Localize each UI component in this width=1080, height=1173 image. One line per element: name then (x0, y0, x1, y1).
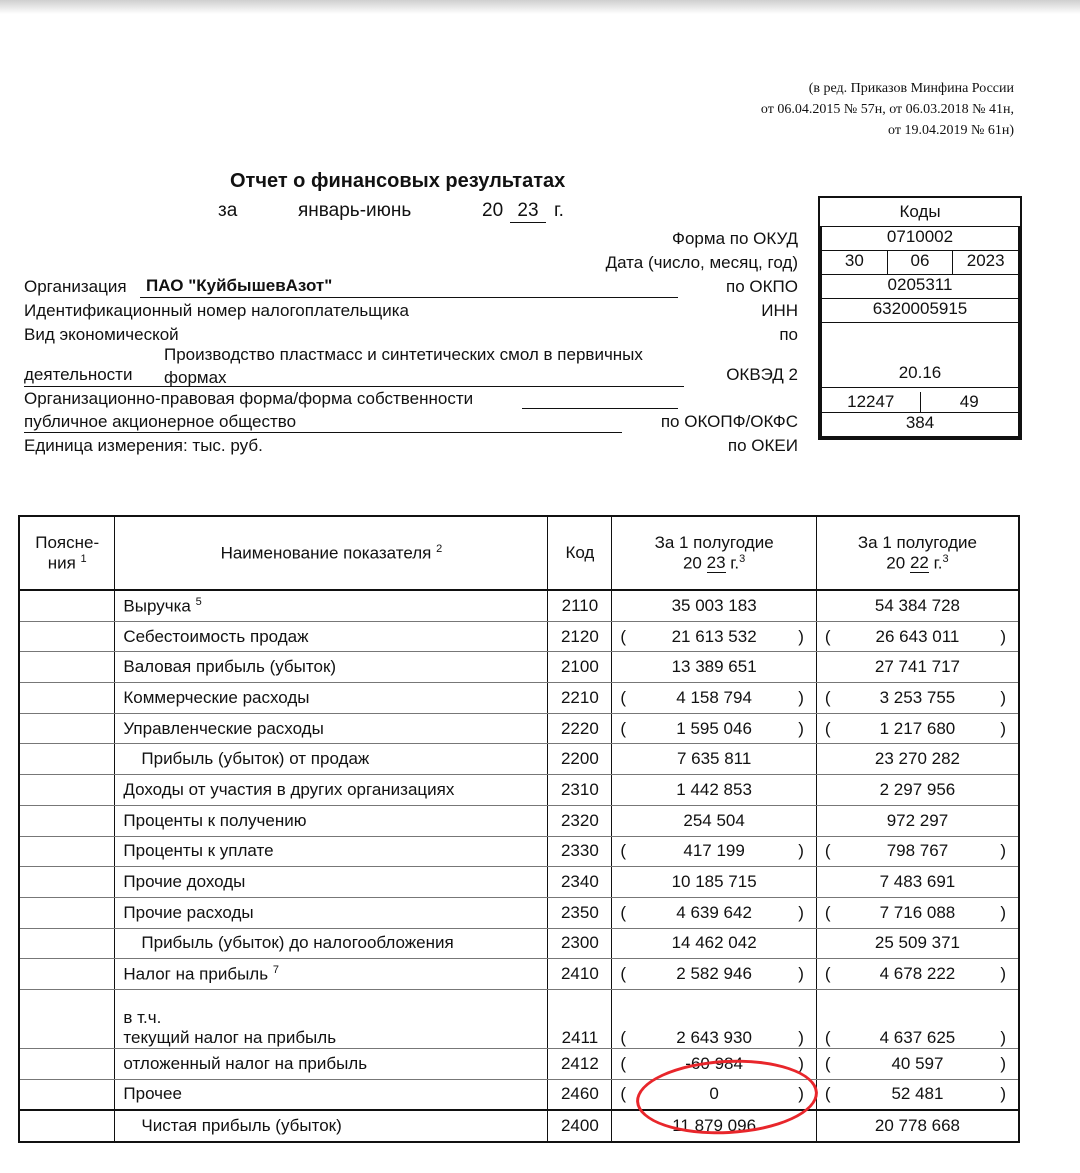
row-notes (19, 713, 115, 744)
inn-label: Идентификационный номер налогоплательщик… (24, 301, 409, 321)
period-prefix: за (218, 200, 237, 222)
table-row: Прибыль (убыток) от продаж22007 635 8112… (19, 744, 1019, 775)
row-code: 2330 (548, 836, 612, 867)
row-notes (19, 805, 115, 836)
row-notes (19, 928, 115, 959)
table-row: Прибыль (убыток) до налогообложения23001… (19, 928, 1019, 959)
date-year: 2023 (952, 251, 1018, 274)
row-code: 2210 (548, 683, 612, 714)
row-name: Выручка 5 (115, 590, 548, 621)
col-name: Наименование показателя 2 (115, 516, 548, 590)
row-current-value: 7 635 811 (612, 744, 817, 775)
row-code: 2410 (548, 959, 612, 990)
okopf-code: 12247 (822, 392, 920, 412)
financial-results-table: Поясне-ния 1 Наименование показателя 2 К… (18, 515, 1020, 1143)
row-prefix: в т.ч. (123, 1008, 547, 1028)
table-row: Прочие доходы234010 185 7157 483 691 (19, 867, 1019, 898)
table-row: Валовая прибыль (убыток)210013 389 65127… (19, 652, 1019, 683)
row-current-value: 14 462 042 (612, 928, 817, 959)
row-name: отложенный налог на прибыль (115, 1048, 548, 1079)
row-previous-value: 27 741 717 (816, 652, 1019, 683)
row-name: Чистая прибыль (убыток) (115, 1110, 548, 1142)
okpo-label: по ОКПО (726, 277, 798, 297)
row-notes (19, 959, 115, 990)
activity-value-2: формах (164, 368, 227, 388)
legal-underline-short (522, 408, 678, 409)
table-row: Чистая прибыль (убыток)240011 879 09620 … (19, 1110, 1019, 1142)
col-notes: Поясне-ния 1 (19, 516, 115, 590)
row-name: Доходы от участия в других организациях (115, 775, 548, 806)
inn-code-label: ИНН (761, 301, 798, 321)
row-current-value: 10 185 715 (612, 867, 817, 898)
col-current: За 1 полугодие20 23 г.3 (612, 516, 817, 590)
row-name: Прибыль (убыток) до налогообложения (115, 928, 548, 959)
table-row: в т.ч.текущий налог на прибыль2411()2 64… (19, 989, 1019, 1048)
row-current-value: 35 003 183 (612, 590, 817, 621)
unit-label: Единица измерения: тыс. руб. (24, 436, 263, 456)
row-notes (19, 897, 115, 928)
legal-underline (24, 432, 622, 433)
amendment-line: от 19.04.2019 № 61н) (761, 120, 1014, 141)
page-edge-shadow (0, 0, 1080, 14)
legal-form-label: Организационно-правовая форма/форма собс… (24, 389, 473, 409)
date-day: 30 (822, 251, 887, 274)
codes-header: Коды (820, 198, 1020, 227)
okpo-code: 0205311 (822, 275, 1018, 298)
row-notes (19, 683, 115, 714)
row-current-value: ()2 643 930 (612, 989, 817, 1048)
table-header-row: Поясне-ния 1 Наименование показателя 2 К… (19, 516, 1019, 590)
amendment-note: (в ред. Приказов Минфина России от 06.04… (761, 78, 1014, 141)
row-code: 2310 (548, 775, 612, 806)
row-previous-value: ()3 253 755 (816, 683, 1019, 714)
row-previous-value: 7 483 691 (816, 867, 1019, 898)
okud-code: 0710002 (822, 227, 1018, 250)
table-row: Прочее2460()0()52 481 (19, 1079, 1019, 1110)
row-code: 2300 (548, 928, 612, 959)
okved-label-2: ОКВЭД 2 (726, 365, 798, 385)
okei-label: по ОКЕИ (728, 436, 798, 456)
row-name: Коммерческие расходы (115, 683, 548, 714)
row-notes (19, 744, 115, 775)
row-code: 2320 (548, 805, 612, 836)
row-code: 2200 (548, 744, 612, 775)
row-current-value: ()1 595 046 (612, 713, 817, 744)
row-previous-value: ()1 217 680 (816, 713, 1019, 744)
row-current-value: 1 442 853 (612, 775, 817, 806)
row-notes (19, 836, 115, 867)
row-notes (19, 989, 115, 1048)
org-name: ПАО "КуйбышевАзот" (146, 276, 332, 296)
okopf-label: по ОКОПФ/ОКФС (661, 412, 798, 432)
table-row: отложенный налог на прибыль2412()-60 984… (19, 1048, 1019, 1079)
activity-underline (24, 386, 684, 387)
amendment-line: (в ред. Приказов Минфина России (761, 78, 1014, 99)
org-underline (140, 297, 678, 298)
row-name: Прочие доходы (115, 867, 548, 898)
date-label: Дата (число, месяц, год) (606, 253, 798, 273)
row-notes (19, 652, 115, 683)
row-notes (19, 621, 115, 652)
row-previous-value: ()4 637 625 (816, 989, 1019, 1048)
row-previous-value: ()52 481 (816, 1079, 1019, 1110)
activity-label-1: Вид экономической (24, 325, 179, 345)
activity-label-2: деятельности (24, 365, 132, 385)
row-notes (19, 1110, 115, 1142)
okud-label: Форма по ОКУД (672, 229, 798, 249)
period-year-unit: г. (554, 200, 564, 222)
row-notes (19, 590, 115, 621)
row-current-value: ()417 199 (612, 836, 817, 867)
row-previous-value: ()4 678 222 (816, 959, 1019, 990)
table-row: Налог на прибыль 72410()2 582 946()4 678… (19, 959, 1019, 990)
row-previous-value: 23 270 282 (816, 744, 1019, 775)
row-current-value: 254 504 (612, 805, 817, 836)
table-row: Проценты к получению2320254 504972 297 (19, 805, 1019, 836)
row-code: 2100 (548, 652, 612, 683)
row-previous-value: 972 297 (816, 805, 1019, 836)
legal-form-value: публичное акционерное общество (24, 412, 296, 432)
row-previous-value: 2 297 956 (816, 775, 1019, 806)
row-code: 2340 (548, 867, 612, 898)
okved-code: 20.16 (822, 363, 1018, 387)
row-previous-value: 54 384 728 (816, 590, 1019, 621)
codes-box: Коды 0710002 30 06 2023 0205311 63200059… (818, 196, 1022, 440)
row-previous-value: 20 778 668 (816, 1110, 1019, 1142)
row-name: в т.ч.текущий налог на прибыль (115, 989, 548, 1048)
row-previous-value: ()40 597 (816, 1048, 1019, 1079)
row-notes (19, 775, 115, 806)
inn-code: 6320005915 (822, 299, 1018, 322)
row-code: 2350 (548, 897, 612, 928)
row-previous-value: 25 509 371 (816, 928, 1019, 959)
table-row: Управленческие расходы2220()1 595 046()1… (19, 713, 1019, 744)
period-months: январь-июнь (298, 200, 411, 222)
activity-value-1: Производство пластмасс и синтетических с… (164, 345, 643, 365)
table-row: Прочие расходы2350()4 639 642()7 716 088 (19, 897, 1019, 928)
row-name: Прочее (115, 1079, 548, 1110)
date-month: 06 (887, 251, 953, 274)
row-code: 2120 (548, 621, 612, 652)
row-code: 2220 (548, 713, 612, 744)
period-year: 23 (510, 200, 546, 223)
row-name: Валовая прибыль (убыток) (115, 652, 548, 683)
org-label: Организация (24, 277, 127, 297)
row-notes (19, 1048, 115, 1079)
table-row: Выручка 5211035 003 18354 384 728 (19, 590, 1019, 621)
row-current-value: ()4 158 794 (612, 683, 817, 714)
row-code: 2460 (548, 1079, 612, 1110)
period-year-prefix: 20 (482, 200, 503, 222)
row-name: Себестоимость продаж (115, 621, 548, 652)
okved-label-1: по (779, 325, 798, 345)
row-name: Проценты к получению (115, 805, 548, 836)
row-previous-value: ()7 716 088 (816, 897, 1019, 928)
col-previous: За 1 полугодие20 22 г.3 (816, 516, 1019, 590)
okei-code: 384 (822, 413, 1018, 436)
row-current-value: ()4 639 642 (612, 897, 817, 928)
table-row: Проценты к уплате2330()417 199()798 767 (19, 836, 1019, 867)
row-current-value: 13 389 651 (612, 652, 817, 683)
row-code: 2412 (548, 1048, 612, 1079)
row-notes (19, 867, 115, 898)
table-row: Себестоимость продаж2120()21 613 532()26… (19, 621, 1019, 652)
table-row: Доходы от участия в других организациях2… (19, 775, 1019, 806)
row-code: 2110 (548, 590, 612, 621)
row-name: Проценты к уплате (115, 836, 548, 867)
row-current-value: ()2 582 946 (612, 959, 817, 990)
okfs-code: 49 (920, 392, 1019, 412)
col-code: Код (548, 516, 612, 590)
codes-values: 0710002 30 06 2023 0205311 6320005915 20… (820, 227, 1020, 438)
report-title: Отчет о финансовых результатах (230, 170, 565, 193)
row-name: Управленческие расходы (115, 713, 548, 744)
row-previous-value: ()26 643 011 (816, 621, 1019, 652)
table-row: Коммерческие расходы2210()4 158 794()3 2… (19, 683, 1019, 714)
row-code: 2411 (548, 989, 612, 1048)
row-notes (19, 1079, 115, 1110)
amendment-line: от 06.04.2015 № 57н, от 06.03.2018 № 41н… (761, 99, 1014, 120)
row-name: Прибыль (убыток) от продаж (115, 744, 548, 775)
row-code: 2400 (548, 1110, 612, 1142)
row-current-value: ()21 613 532 (612, 621, 817, 652)
row-previous-value: ()798 767 (816, 836, 1019, 867)
row-name: Прочие расходы (115, 897, 548, 928)
row-name: Налог на прибыль 7 (115, 959, 548, 990)
